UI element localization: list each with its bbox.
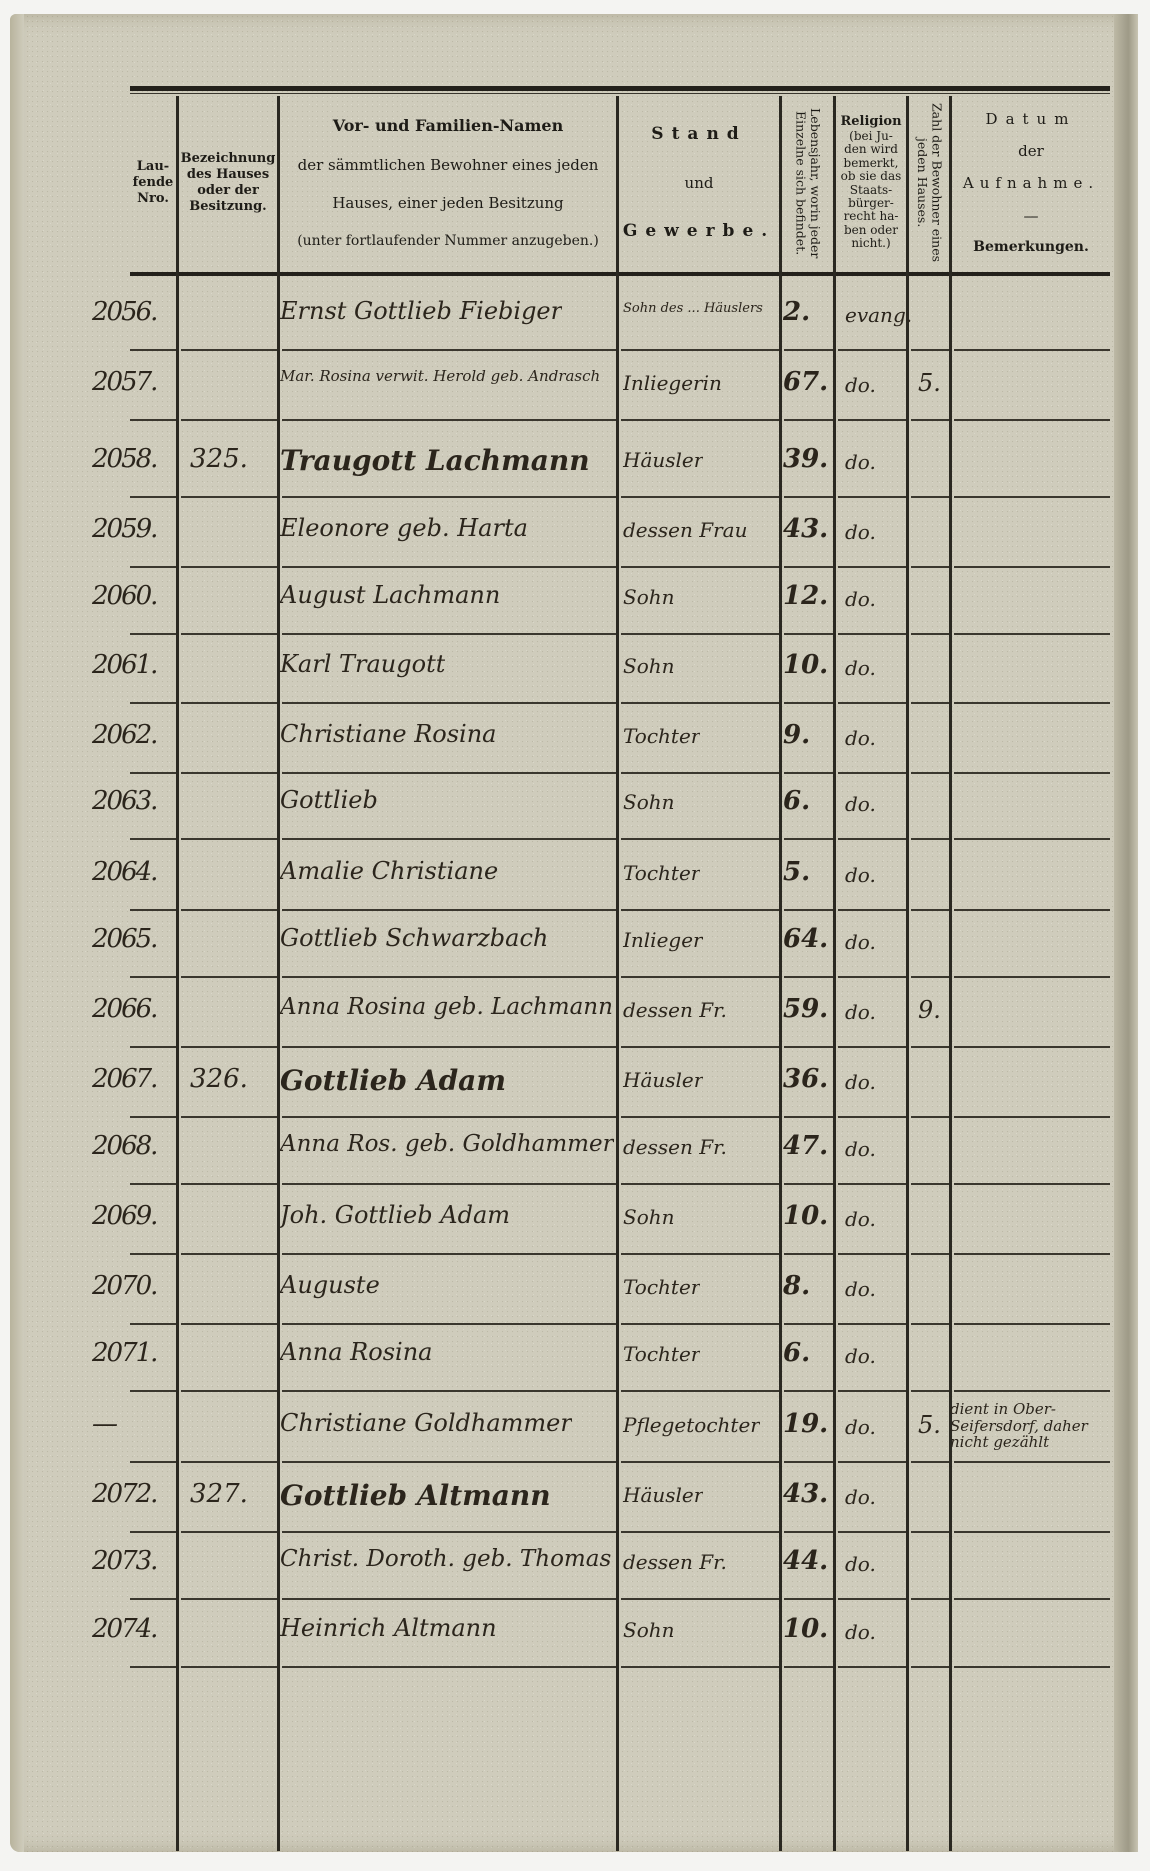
age: 64.: [783, 924, 828, 954]
row-rule: [911, 976, 949, 978]
row-rule: [130, 1046, 176, 1048]
row-rule: [838, 976, 906, 978]
header-religion: Religion (bei Ju- den wird bemerkt, ob s…: [836, 96, 906, 270]
table-row: 2073.Christ. Doroth. geb. Thomasdessen F…: [0, 1532, 1150, 1602]
row-number: 2059.: [92, 514, 156, 544]
age: 47.: [783, 1131, 828, 1161]
row-rule: [181, 1046, 277, 1048]
row-number: 2065.: [92, 924, 156, 954]
table-row: 2063.GottliebSohn6.do.: [0, 772, 1150, 842]
resident-name: Gottlieb Adam: [280, 1064, 506, 1097]
row-number: 2064.: [92, 857, 156, 887]
stand-gewerbe: dessen Frau: [623, 518, 747, 542]
age: 6.: [783, 786, 810, 816]
stand-gewerbe: Inliegerin: [623, 371, 722, 395]
age: 2.: [783, 297, 810, 327]
age: 5.: [783, 857, 810, 887]
age: 8.: [783, 1271, 810, 1301]
header-text: bürger-: [848, 197, 894, 210]
row-number: —: [92, 1409, 116, 1439]
header-title: Stand: [651, 124, 746, 145]
header-title: Bemerkungen.: [973, 239, 1089, 257]
row-number: 2073.: [92, 1546, 156, 1576]
row-rule: [954, 419, 1110, 421]
row-rule: [954, 1390, 1110, 1392]
stand-gewerbe: Sohn: [623, 585, 675, 609]
household-count: 9.: [918, 996, 941, 1024]
resident-name: Heinrich Altmann: [280, 1614, 497, 1642]
resident-name: Ernst Gottlieb Fiebiger: [280, 297, 562, 325]
header-text: Nro.: [137, 191, 169, 207]
row-rule: [838, 419, 906, 421]
table-row: —Christiane GoldhammerPflegetochter19.do…: [0, 1395, 1150, 1465]
header-laufende-nr: Lau- fende Nro.: [130, 96, 176, 270]
resident-name: Gottlieb: [280, 786, 378, 814]
row-rule: [181, 496, 277, 498]
row-number: 2068.: [92, 1131, 156, 1161]
row-number: 2067.: [92, 1064, 156, 1094]
row-number: 2058.: [92, 444, 156, 474]
row-rule: [954, 1046, 1110, 1048]
row-rule: [838, 1046, 906, 1048]
row-rule: [911, 1390, 949, 1392]
row-rule: [954, 1666, 1110, 1668]
row-rule: [621, 1666, 779, 1668]
age: 44.: [783, 1546, 828, 1576]
row-rule: [130, 1390, 176, 1392]
stand-gewerbe: Pflegetochter: [623, 1413, 760, 1437]
religion: do.: [845, 1070, 876, 1094]
house-number: 325.: [190, 444, 248, 474]
row-rule: [181, 976, 277, 978]
row-number: 2061.: [92, 650, 156, 680]
age: 36.: [783, 1064, 828, 1094]
row-rule: [282, 1183, 616, 1185]
row-rule: [621, 702, 779, 704]
row-rule: [784, 1253, 833, 1255]
religion: do.: [845, 1344, 876, 1368]
age: 10.: [783, 1614, 828, 1644]
header-title: Vor- und Familien-Namen: [333, 116, 563, 136]
age: 10.: [783, 1201, 828, 1231]
row-rule: [282, 1253, 616, 1255]
religion: do.: [845, 1000, 876, 1024]
header-title: Gewerbe.: [623, 221, 775, 242]
stand-gewerbe: Sohn: [623, 790, 675, 814]
table-row: 2074.Heinrich AltmannSohn10.do.: [0, 1600, 1150, 1670]
header-zahl-bewohner: Zahl der Bewohner eines jeden Hauses.: [909, 96, 949, 270]
header-namen: Vor- und Familien-Namen der sämmtlichen …: [280, 96, 616, 270]
row-rule: [130, 349, 176, 351]
row-rule: [784, 1666, 833, 1668]
table-row: 2068.Anna Ros. geb. Goldhammerdessen Fr.…: [0, 1117, 1150, 1187]
resident-name: Gottlieb Schwarzbach: [280, 924, 548, 952]
religion: do.: [845, 930, 876, 954]
row-rule: [282, 349, 616, 351]
row-number: 2072.: [92, 1479, 156, 1509]
row-rule: [181, 1666, 277, 1668]
table-row: 2061.Karl TraugottSohn10.do.: [0, 636, 1150, 706]
row-number: 2069.: [92, 1201, 156, 1231]
stand-gewerbe: Sohn: [623, 1618, 675, 1642]
row-rule: [838, 838, 906, 840]
religion: do.: [845, 1207, 876, 1231]
row-rule: [954, 633, 1110, 635]
age: 67.: [783, 367, 828, 397]
stand-gewerbe: Sohn des ... Häuslers: [623, 301, 763, 316]
row-rule: [838, 496, 906, 498]
header-lebensjahr: Lebensjahr, worin jeder Einzelne sich be…: [782, 96, 833, 270]
row-rule: [181, 1461, 277, 1463]
stand-gewerbe: Inlieger: [623, 928, 703, 952]
stand-gewerbe: dessen Fr.: [623, 1135, 727, 1159]
row-rule: [130, 1461, 176, 1463]
religion: do.: [845, 1137, 876, 1161]
row-rule: [621, 349, 779, 351]
header-text: bemerkt,: [844, 157, 899, 170]
row-rule: [954, 702, 1110, 704]
header-title: Religion: [840, 115, 901, 130]
age: 59.: [783, 994, 828, 1024]
row-rule: [954, 838, 1110, 840]
header-text: Zahl der Bewohner eines jeden Hauses.: [915, 96, 944, 270]
resident-name: Karl Traugott: [280, 650, 445, 678]
row-rule: [954, 496, 1110, 498]
row-rule: [911, 702, 949, 704]
stand-gewerbe: Tochter: [623, 1342, 700, 1366]
row-rule: [181, 419, 277, 421]
age: 43.: [783, 514, 828, 544]
header-text: Aufnahme.: [963, 174, 1099, 193]
header-text: des Hauses: [187, 167, 269, 183]
row-rule: [838, 1390, 906, 1392]
household-count: 5.: [918, 1411, 941, 1439]
row-rule: [621, 1253, 779, 1255]
religion: do.: [845, 1415, 876, 1439]
row-rule: [130, 1183, 176, 1185]
row-rule: [838, 349, 906, 351]
row-rule: [784, 1390, 833, 1392]
row-rule: [784, 1183, 833, 1185]
row-rule: [621, 496, 779, 498]
row-rule: [621, 1390, 779, 1392]
row-number: 2060.: [92, 581, 156, 611]
row-rule: [838, 1253, 906, 1255]
table-row: 2064.Amalie ChristianeTochter5.do.: [0, 843, 1150, 913]
religion: do.: [845, 863, 876, 887]
row-rule: [784, 976, 833, 978]
header-text: den wird: [844, 143, 898, 156]
resident-name: Christiane Rosina: [280, 720, 496, 748]
row-rule: [282, 1461, 616, 1463]
resident-name: Christ. Doroth. geb. Thomas: [280, 1546, 611, 1572]
row-rule: [282, 702, 616, 704]
row-rule: [954, 349, 1110, 351]
row-rule: [784, 349, 833, 351]
row-rule: [621, 976, 779, 978]
row-number: 2057.: [92, 367, 156, 397]
religion: do.: [845, 373, 876, 397]
row-rule: [954, 1461, 1110, 1463]
resident-name: Eleonore geb. Harta: [280, 514, 528, 542]
header-datum-bemerkungen: Datum der Aufnahme. — Bemerkungen.: [952, 96, 1110, 270]
row-rule: [911, 1666, 949, 1668]
stand-gewerbe: dessen Fr.: [623, 998, 727, 1022]
remark: dient in Ober-Seifersdorf, daher nicht g…: [950, 1401, 1120, 1451]
header-stand-gewerbe: Stand und Gewerbe.: [619, 96, 779, 270]
religion: do.: [845, 1552, 876, 1576]
row-number: 2074.: [92, 1614, 156, 1644]
resident-name: Christiane Goldhammer: [280, 1409, 572, 1437]
header-text: der: [1018, 142, 1044, 161]
row-rule: [784, 496, 833, 498]
row-rule: [181, 1253, 277, 1255]
religion: do.: [845, 792, 876, 816]
religion: do.: [845, 450, 876, 474]
row-rule: [282, 1666, 616, 1668]
age: 19.: [783, 1409, 828, 1439]
row-rule: [911, 349, 949, 351]
header-text: recht ha-: [844, 210, 899, 223]
resident-name: Auguste: [280, 1271, 380, 1299]
row-rule: [784, 419, 833, 421]
header-bezeichnung: Bezeichnung des Hauses oder der Besitzun…: [179, 96, 277, 270]
row-rule: [130, 496, 176, 498]
row-rule: [130, 1253, 176, 1255]
row-rule: [838, 702, 906, 704]
house-number: 326.: [190, 1064, 248, 1094]
resident-name: Gottlieb Altmann: [280, 1479, 551, 1512]
house-number: 327.: [190, 1479, 248, 1509]
table-row: 2062.Christiane RosinaTochter9.do.: [0, 706, 1150, 776]
header-text: ben oder: [844, 224, 898, 237]
row-rule: [954, 976, 1110, 978]
header-text: fende: [133, 175, 174, 191]
header-text: nicht.): [851, 237, 890, 250]
table-row: 2071.Anna RosinaTochter6.do.: [0, 1324, 1150, 1394]
table-row: 2059.Eleonore geb. Hartadessen Frau43.do…: [0, 500, 1150, 570]
row-rule: [911, 496, 949, 498]
row-rule: [130, 838, 176, 840]
row-rule: [181, 349, 277, 351]
religion: do.: [845, 587, 876, 611]
row-rule: [838, 1183, 906, 1185]
row-rule: [181, 838, 277, 840]
header-text: der sämmtlichen Bewohner eines jeden: [298, 156, 599, 175]
stand-gewerbe: Häusler: [623, 1483, 703, 1507]
age: 43.: [783, 1479, 828, 1509]
table-row: 2057.Mar. Rosina verwit. Herold geb. And…: [0, 353, 1150, 423]
religion: do.: [845, 1620, 876, 1644]
row-rule: [282, 419, 616, 421]
row-rule: [130, 633, 176, 635]
row-rule: [181, 1390, 277, 1392]
header-text: Datum: [986, 110, 1077, 129]
stand-gewerbe: Tochter: [623, 861, 700, 885]
table-row: 2065.Gottlieb SchwarzbachInlieger64.do.: [0, 910, 1150, 980]
age: 6.: [783, 1338, 810, 1368]
row-number: 2062.: [92, 720, 156, 750]
header-text: Besitzung.: [189, 199, 266, 215]
row-rule: [784, 1046, 833, 1048]
row-rule: [784, 633, 833, 635]
household-count: 5.: [918, 369, 941, 397]
header-text: Lau-: [137, 159, 169, 175]
row-rule: [621, 838, 779, 840]
row-rule: [621, 1046, 779, 1048]
table-row: 2060.August LachmannSohn12.do.: [0, 567, 1150, 637]
resident-name: Anna Ros. geb. Goldhammer: [280, 1131, 614, 1157]
table-row: 2070.AugusteTochter8.do.: [0, 1257, 1150, 1327]
row-rule: [282, 838, 616, 840]
table-top-rule-thin: [130, 93, 1110, 94]
age: 10.: [783, 650, 828, 680]
table-row: 2069.Joh. Gottlieb AdamSohn10.do.: [0, 1187, 1150, 1257]
row-rule: [181, 702, 277, 704]
row-number: 2056.: [92, 297, 156, 327]
table-row: 2056.Ernst Gottlieb FiebigerSohn des ...…: [0, 283, 1150, 353]
row-rule: [130, 976, 176, 978]
stand-gewerbe: dessen Fr.: [623, 1550, 727, 1574]
age: 12.: [783, 581, 828, 611]
header-divider: —: [1024, 207, 1039, 226]
header-text: (unter fortlaufender Nummer anzugeben.): [297, 233, 599, 251]
header-text: Hauses, einer jeden Besitzung: [332, 194, 563, 213]
row-rule: [838, 1666, 906, 1668]
resident-name: Anna Rosina: [280, 1338, 432, 1366]
header-text: Staats-: [850, 184, 892, 197]
table-row: 2066.Anna Rosina geb. Lachmanndessen Fr.…: [0, 980, 1150, 1050]
stand-gewerbe: Sohn: [623, 1205, 675, 1229]
header-text: und: [685, 174, 714, 193]
row-rule: [838, 1461, 906, 1463]
stand-gewerbe: Sohn: [623, 654, 675, 678]
header-text: oder der: [197, 183, 259, 199]
row-number: 2063.: [92, 786, 156, 816]
religion: do.: [845, 520, 876, 544]
header-text: Lebensjahr, worin jeder Einzelne sich be…: [793, 96, 822, 270]
row-rule: [911, 838, 949, 840]
stand-gewerbe: Häusler: [623, 1068, 703, 1092]
row-rule: [621, 1461, 779, 1463]
row-rule: [784, 1461, 833, 1463]
row-rule: [282, 1390, 616, 1392]
row-rule: [954, 1183, 1110, 1185]
row-rule: [838, 633, 906, 635]
resident-name: Anna Rosina geb. Lachmann: [280, 994, 613, 1020]
resident-name: Joh. Gottlieb Adam: [280, 1201, 510, 1229]
row-number: 2071.: [92, 1338, 156, 1368]
religion: do.: [845, 1485, 876, 1509]
age: 9.: [783, 720, 810, 750]
row-rule: [911, 633, 949, 635]
row-rule: [621, 419, 779, 421]
row-rule: [911, 1461, 949, 1463]
age: 39.: [783, 444, 828, 474]
header-text: (bei Ju-: [849, 130, 893, 143]
row-rule: [181, 633, 277, 635]
header-text: Bezeichnung: [181, 151, 276, 167]
row-number: 2066.: [92, 994, 156, 1024]
row-rule: [784, 702, 833, 704]
religion: evang.: [845, 303, 912, 327]
resident-name: Amalie Christiane: [280, 857, 498, 885]
stand-gewerbe: Tochter: [623, 724, 700, 748]
row-number: 2070.: [92, 1271, 156, 1301]
stand-gewerbe: Tochter: [623, 1275, 700, 1299]
table-row: 2067.326.Gottlieb AdamHäusler36.do.: [0, 1050, 1150, 1120]
religion: do.: [845, 656, 876, 680]
resident-name: Traugott Lachmann: [280, 444, 590, 477]
table-row: 2072.327.Gottlieb AltmannHäusler43.do.: [0, 1465, 1150, 1535]
table-top-rule: [130, 86, 1110, 91]
row-rule: [784, 838, 833, 840]
stand-gewerbe: Häusler: [623, 448, 703, 472]
resident-name: August Lachmann: [280, 581, 500, 609]
row-rule: [130, 702, 176, 704]
religion: do.: [845, 1277, 876, 1301]
row-rule: [130, 1666, 176, 1668]
table-row: 2058.325.Traugott LachmannHäusler39.do.: [0, 430, 1150, 500]
row-rule: [911, 419, 949, 421]
row-rule: [911, 1046, 949, 1048]
row-rule: [911, 1253, 949, 1255]
row-rule: [282, 976, 616, 978]
row-rule: [282, 1046, 616, 1048]
religion: do.: [845, 726, 876, 750]
resident-name: Mar. Rosina verwit. Herold geb. Andrasch: [280, 367, 600, 385]
header-text: ob sie das: [841, 170, 902, 183]
row-rule: [282, 496, 616, 498]
row-rule: [181, 1183, 277, 1185]
row-rule: [621, 1183, 779, 1185]
row-rule: [954, 1253, 1110, 1255]
row-rule: [621, 633, 779, 635]
row-rule: [130, 419, 176, 421]
row-rule: [282, 633, 616, 635]
row-rule: [911, 1183, 949, 1185]
